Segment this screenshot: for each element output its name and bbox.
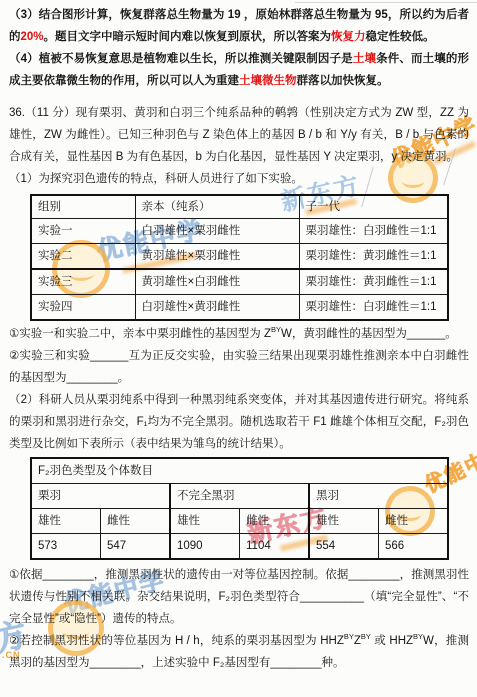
question-36-intro: 36.（11 分）现有栗羽、黄羽和白羽三个纯系品种的鹌鹑（性别决定方式为 ZW … bbox=[9, 102, 469, 168]
table-cell: 实验二 bbox=[31, 244, 135, 270]
text-segment: （2）科研人员从栗羽纯系中得到一种黑羽纯系突变体，并对其基因遗传进行研究。将纯系… bbox=[9, 394, 469, 450]
count-value-cell: 566 bbox=[379, 534, 449, 560]
feather-type-header-cell: 黑羽 bbox=[309, 484, 448, 509]
superscript-text: BY bbox=[413, 632, 423, 641]
feather-type-header-cell: 栗羽 bbox=[31, 484, 170, 509]
sex-header-cell: 雌性 bbox=[379, 509, 449, 534]
table-header-cell: 子一代 bbox=[299, 195, 448, 219]
count-value-cell: 1104 bbox=[240, 534, 310, 560]
text-segment: （4）植被不易恢复意思是植物难以生长，所以推测关键限制因子是 bbox=[9, 53, 353, 65]
sex-header-row: 雄性雌性雄性雌性雄性雌性 bbox=[31, 509, 448, 534]
sex-header-cell: 雄性 bbox=[31, 509, 101, 534]
sex-header-cell: 雌性 bbox=[240, 509, 310, 534]
text-segment: 或 HHZ bbox=[371, 635, 413, 647]
highlighted-text: 恢复力 bbox=[331, 31, 366, 43]
question-36-part1-intro: （1）为探究羽色遗传的特点，科研人员进行了如下实验。 bbox=[9, 168, 469, 190]
superscript-text: BY bbox=[271, 325, 281, 334]
count-value-row: 57354710901104554566 bbox=[31, 534, 448, 560]
table-cell: 实验四 bbox=[31, 295, 135, 321]
f2-feather-count-table: F₂羽色类型及个体数目 栗羽不完全黑羽黑羽 雄性雌性雄性雌性雄性雌性 57354… bbox=[30, 457, 449, 560]
highlighted-text: 土壤 bbox=[353, 53, 376, 65]
text-segment: 36.（11 分）现有栗羽、黄羽和白羽三个纯系品种的鹌鹑（性别决定方式为 ZW … bbox=[9, 107, 469, 163]
table-cell: 黄羽雄性×栗羽雌性 bbox=[135, 244, 299, 270]
cross-experiment-table: 组别亲本（纯系）子一代 实验一白羽雄性×栗羽雌性栗羽雄性：白羽雌性＝1:1实验二… bbox=[30, 194, 449, 321]
question-36-sub2: ②实验三和实验______互为正反交实验，由实验三结果出现栗羽雄性推测亲本中白羽… bbox=[9, 345, 469, 389]
count-value-cell: 547 bbox=[101, 534, 171, 560]
superscript-text: BY bbox=[361, 632, 371, 641]
table-body: 实验一白羽雄性×栗羽雌性栗羽雄性：白羽雌性＝1:1实验二黄羽雄性×栗羽雌性栗羽雄… bbox=[31, 219, 448, 321]
table-cell: 栗羽雄性：黄羽雌性＝1:1 bbox=[299, 269, 448, 295]
text-segment: 群落以加快恢复。 bbox=[297, 75, 389, 87]
superscript-text: BY bbox=[344, 632, 354, 641]
sex-header-cell: 雌性 bbox=[101, 509, 171, 534]
document-content: （3）结合图形计算，恢复群落总生物量为 19 ，原始林群落总生物量为 95，所以… bbox=[0, 0, 477, 674]
text-segment: 。题目文字中暗示短时间内难以恢复到原状，所以答案为 bbox=[44, 31, 332, 43]
table-cell: 黄羽雄性×白羽雌性 bbox=[135, 269, 299, 295]
count-value-cell: 1090 bbox=[170, 534, 240, 560]
table-cell: 白羽雄性×栗羽雌性 bbox=[135, 219, 299, 244]
table-row: 实验四白羽雄性×黄羽雌性栗羽雄性：白羽雌性＝1:1 bbox=[31, 295, 448, 321]
table-header-row: 组别亲本（纯系）子一代 bbox=[31, 195, 448, 219]
text-segment: Z bbox=[354, 635, 361, 647]
table-cell: 栗羽雄性：白羽雌性＝1:1 bbox=[299, 295, 448, 321]
sex-header-cell: 雄性 bbox=[309, 509, 379, 534]
table-cell: 栗羽雄性：黄羽雌性＝1:1 bbox=[299, 244, 448, 270]
table-row: 实验一白羽雄性×栗羽雌性栗羽雄性：白羽雌性＝1:1 bbox=[31, 219, 448, 244]
table-header-cell: 亲本（纯系） bbox=[135, 195, 299, 219]
text-segment: ①实验一和实验二中，亲本中栗羽雌性的基因型为 Z bbox=[9, 328, 271, 340]
table-title-row: F₂羽色类型及个体数目 bbox=[31, 458, 448, 484]
table-cell: 白羽雄性×黄羽雌性 bbox=[135, 295, 299, 321]
text-segment: ②实验三和实验______互为正反交实验，由实验三结果出现栗羽雄性推测亲本中白羽… bbox=[9, 350, 469, 384]
text-segment: W，黄羽雌性的基因型为______。 bbox=[281, 328, 457, 340]
text-segment: ①依据________，推测黑羽性状的遗传由一对等位基因控制。依据_______… bbox=[9, 569, 469, 625]
highlighted-text: 20% bbox=[21, 31, 44, 43]
question-36-part2-sub2: ②若控制黑羽性状的等位基因为 H / h，纯系的栗羽基因型为 HHZBYZBY … bbox=[9, 630, 469, 674]
answer-paragraph-4: （4）植被不易恢复意思是植物难以生长，所以推测关键限制因子是土壤条件、而土壤的形… bbox=[9, 48, 469, 92]
table-header-cell: 组别 bbox=[31, 195, 135, 219]
question-36-part2-intro: （2）科研人员从栗羽纯系中得到一种黑羽纯系突变体，并对其基因遗传进行研究。将纯系… bbox=[9, 389, 469, 455]
count-value-cell: 554 bbox=[309, 534, 379, 560]
table-cell: 实验一 bbox=[31, 219, 135, 244]
document-page: 优能中学 新东方 优能中学 优能中学 新东方 优能中学 方 .CN （3）结合图… bbox=[0, 0, 477, 697]
question-36-part2-sub1: ①依据________，推测黑羽性状的遗传由一对等位基因控制。依据_______… bbox=[9, 564, 469, 630]
table-row: 实验二黄羽雄性×栗羽雌性栗羽雄性：黄羽雌性＝1:1 bbox=[31, 244, 448, 270]
sex-header-cell: 雄性 bbox=[170, 509, 240, 534]
text-segment: 稳定性较低。 bbox=[366, 31, 435, 43]
question-36-sub1: ①实验一和实验二中，亲本中栗羽雌性的基因型为 ZBYW，黄羽雌性的基因型为___… bbox=[9, 323, 469, 345]
count-value-cell: 573 bbox=[31, 534, 101, 560]
feather-type-header-row: 栗羽不完全黑羽黑羽 bbox=[31, 484, 448, 509]
table-cell: 实验三 bbox=[31, 269, 135, 295]
table-cell: 栗羽雄性：白羽雌性＝1:1 bbox=[299, 219, 448, 244]
answer-paragraph-3: （3）结合图形计算，恢复群落总生物量为 19 ，原始林群落总生物量为 95，所以… bbox=[9, 4, 469, 48]
feather-type-header-cell: 不完全黑羽 bbox=[170, 484, 309, 509]
table-title-cell: F₂羽色类型及个体数目 bbox=[31, 458, 448, 484]
text-segment: ②若控制黑羽性状的等位基因为 H / h，纯系的栗羽基因型为 HHZ bbox=[9, 635, 344, 647]
text-segment: （1）为探究羽色遗传的特点，科研人员进行了如下实验。 bbox=[9, 173, 303, 185]
highlighted-text: 土壤微生物 bbox=[239, 75, 297, 87]
table-row: 实验三黄羽雄性×白羽雌性栗羽雄性：黄羽雌性＝1:1 bbox=[31, 269, 448, 295]
